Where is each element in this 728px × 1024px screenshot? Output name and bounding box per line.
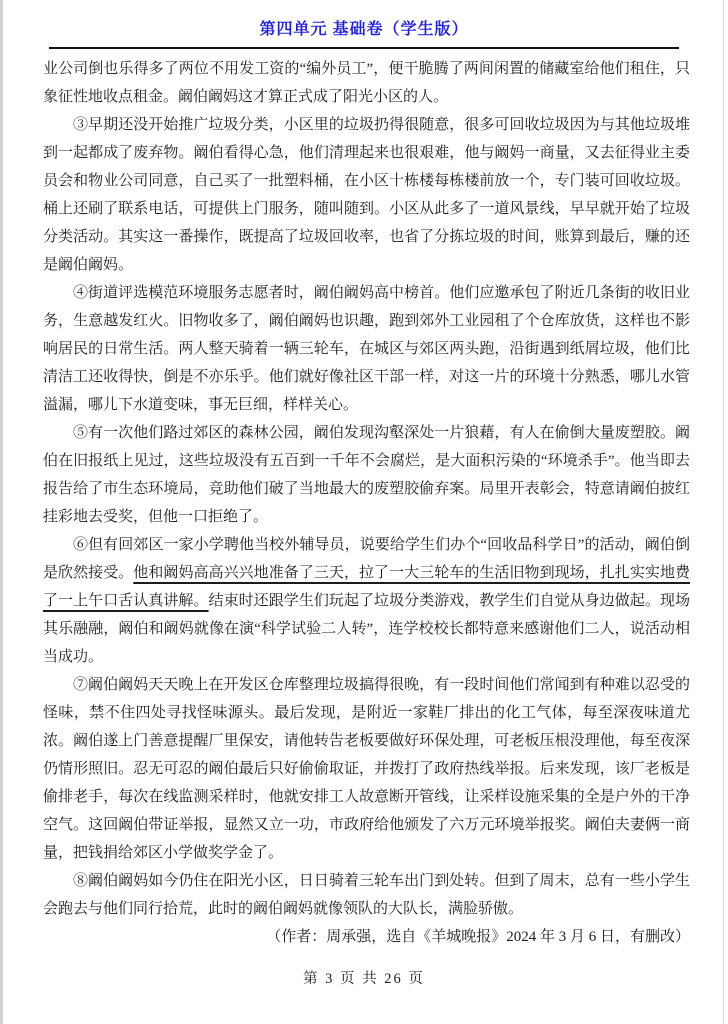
- page-number: 第 3 页 共 26 页: [0, 967, 728, 988]
- page-title: 第四单元 基础卷（学生版）: [0, 0, 728, 39]
- page-left-edge: [0, 0, 3, 1024]
- paragraph-3: ③早期还没开始推广垃圾分类，小区里的垃圾扔得很随意，很多可回收垃圾因为与其他垃圾…: [43, 111, 690, 279]
- document-page: 第四单元 基础卷（学生版） 业公司倒也乐得多了两位不用发工资的“编外员工”，便干…: [0, 0, 728, 1024]
- paragraph-6: ⑥但有回郊区一家小学聘他当校外辅导员，说要给学生们办个“回收品科学日”的活动，阚…: [43, 531, 690, 671]
- page-right-edge: [723, 0, 724, 1024]
- attribution-line: （作者：周承强，选自《羊城晚报》2024 年 3 月 6 日，有删改）: [43, 923, 690, 951]
- paragraph-5: ⑤有一次他们路过郊区的森林公园，阚伯发现沟壑深处一片狼藉，有人在偷倒大量废塑胶。…: [43, 419, 690, 531]
- paragraph-7: ⑦阚伯阚妈天天晚上在开发区仓库整理垃圾搞得很晚，有一段时间他们常闻到有种难以忍受…: [43, 671, 690, 867]
- paragraph-8: ⑧阚伯阚妈如今仍住在阳光小区，日日骑着三轮车出门到处转。但到了周末，总有一些小学…: [43, 867, 690, 923]
- paragraph-4: ④街道评选模范环境服务志愿者时，阚伯阚妈高中榜首。他们应邀承包了附近几条街的收旧…: [43, 279, 690, 419]
- document-body: 业公司倒也乐得多了两位不用发工资的“编外员工”，便干脆腾了两间闲置的储藏室给他们…: [0, 49, 728, 951]
- paragraph-continuation: 业公司倒也乐得多了两位不用发工资的“编外员工”，便干脆腾了两间闲置的储藏室给他们…: [43, 55, 690, 111]
